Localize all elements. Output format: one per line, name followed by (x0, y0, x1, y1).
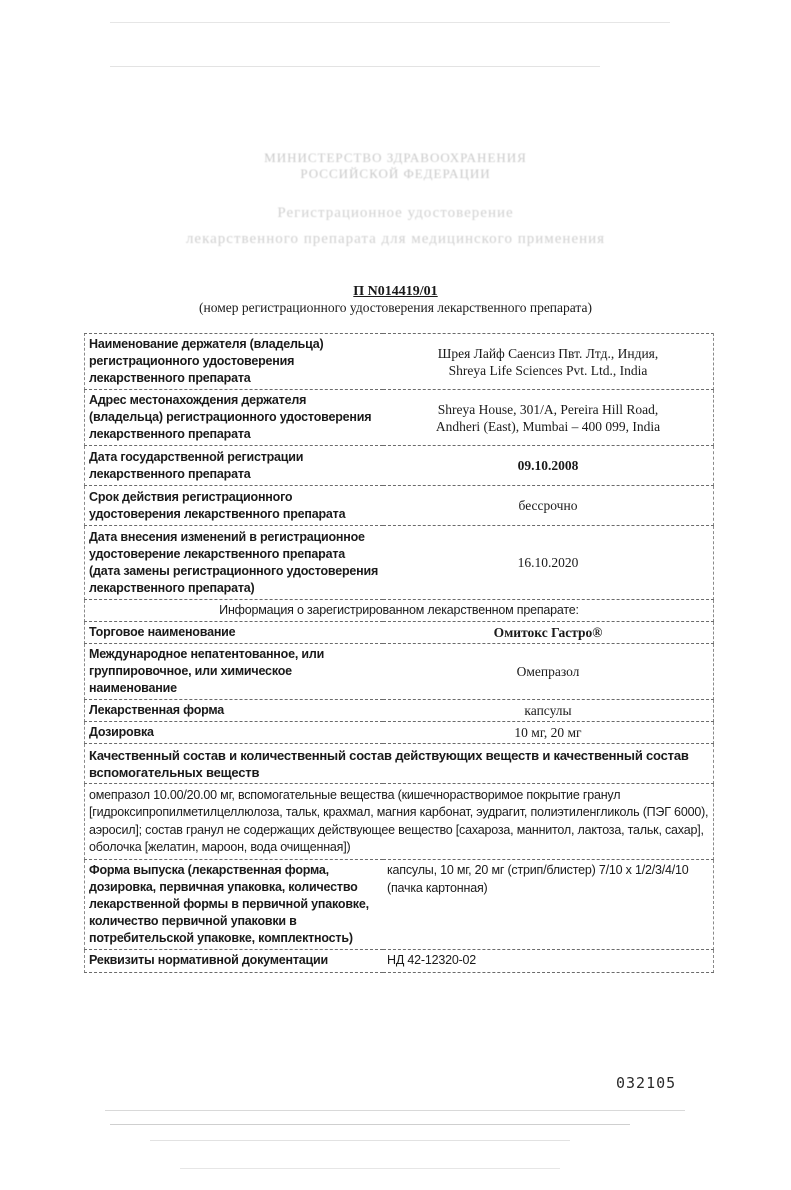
registration-date-value: 09.10.2008 (383, 446, 714, 486)
holder-address-value: Shreya House, 301/A, Pereira Hill Road, … (383, 390, 714, 446)
certificate-page: МИНИСТЕРСТВО ЗДРАВООХРАНЕНИЯ РОССИЙСКОЙ … (0, 0, 791, 1190)
holder-name-ru: Шрея Лайф Саенсиз Пвт. Лтд., Индия, (387, 345, 709, 362)
dosage-form-value: капсулы (383, 700, 714, 722)
holder-address-label: Адрес местонахождения держателя (владель… (85, 390, 384, 446)
table-row-composition-text: омепразол 10.00/20.00 мг, вспомогательны… (85, 784, 714, 860)
inn-label: Международное непатентованное, или групп… (85, 644, 384, 700)
registration-number: П N014419/01 (0, 284, 791, 300)
scan-noise-line (180, 1168, 560, 1169)
holder-address-line-2: Andheri (East), Mumbai – 400 099, India (387, 418, 709, 435)
registration-date-label: Дата государственной регистрации лекарст… (85, 446, 384, 486)
table-row-holder-name: Наименование держателя (владельца) регис… (85, 334, 714, 390)
holder-address-line-1: Shreya House, 301/A, Pereira Hill Road, (387, 401, 709, 418)
normative-docs-label: Реквизиты нормативной документации (85, 950, 384, 973)
table-row-trade-name: Торговое наименование Омитокс Гастро® (85, 622, 714, 644)
dosage-value: 10 мг, 20 мг (383, 722, 714, 744)
inn-value: Омепразол (383, 644, 714, 700)
validity-label: Срок действия регистрационного удостовер… (85, 486, 384, 526)
table-row-change-date: Дата внесения изменений в регистрационно… (85, 526, 714, 600)
scan-noise-line (110, 1124, 630, 1125)
table-row-registration-date: Дата государственной регистрации лекарст… (85, 446, 714, 486)
registration-number-caption: (номер регистрационного удостоверения ле… (0, 300, 791, 316)
certificate-title-line-2: лекарственного препарата для медицинског… (0, 231, 791, 248)
holder-name-label: Наименование держателя (владельца) регис… (85, 334, 384, 390)
scan-noise-line (110, 22, 670, 23)
composition-text: омепразол 10.00/20.00 мг, вспомогательны… (85, 784, 714, 860)
release-form-value: капсулы, 10 мг, 20 мг (стрип/блистер) 7/… (383, 860, 714, 950)
ministry-header-line-1: МИНИСТЕРСТВО ЗДРАВООХРАНЕНИЯ (0, 150, 791, 166)
table-row-composition-label: Качественный состав и количественный сос… (85, 744, 714, 784)
scan-noise-line (110, 66, 600, 67)
trade-name-label: Торговое наименование (85, 622, 384, 644)
table-row-validity: Срок действия регистрационного удостовер… (85, 486, 714, 526)
scan-noise-line (150, 1140, 570, 1141)
dosage-label: Дозировка (85, 722, 384, 744)
table-row-dosage: Дозировка 10 мг, 20 мг (85, 722, 714, 744)
normative-docs-value: НД 42-12320-02 (383, 950, 714, 973)
table-row-inn: Международное непатентованное, или групп… (85, 644, 714, 700)
holder-name-value: Шрея Лайф Саенсиз Пвт. Лтд., Индия, Shre… (383, 334, 714, 390)
holder-name-en: Shreya Life Sciences Pvt. Ltd., India (387, 362, 709, 379)
table-row-normative-docs: Реквизиты нормативной документации НД 42… (85, 950, 714, 973)
release-form-label: Форма выпуска (лекарственная форма, дози… (85, 860, 384, 950)
serial-number: 032105 (616, 1074, 676, 1092)
certificate-table: Наименование держателя (владельца) регис… (84, 333, 714, 973)
drug-info-heading: Информация о зарегистрированном лекарств… (85, 600, 714, 622)
trade-name-value: Омитокс Гастро® (383, 622, 714, 644)
ministry-header-line-2: РОССИЙСКОЙ ФЕДЕРАЦИИ (0, 166, 791, 182)
change-date-label: Дата внесения изменений в регистрационно… (85, 526, 384, 600)
dosage-form-label: Лекарственная форма (85, 700, 384, 722)
composition-label: Качественный состав и количественный сос… (85, 744, 714, 784)
table-row-drug-info-heading: Информация о зарегистрированном лекарств… (85, 600, 714, 622)
certificate-title-line-1: Регистрационное удостоверение (0, 205, 791, 222)
table-row-release-form: Форма выпуска (лекарственная форма, дози… (85, 860, 714, 950)
table-row-holder-address: Адрес местонахождения держателя (владель… (85, 390, 714, 446)
table-row-dosage-form: Лекарственная форма капсулы (85, 700, 714, 722)
validity-value: бессрочно (383, 486, 714, 526)
change-date-value: 16.10.2020 (383, 526, 714, 600)
scan-noise-line (105, 1110, 685, 1111)
